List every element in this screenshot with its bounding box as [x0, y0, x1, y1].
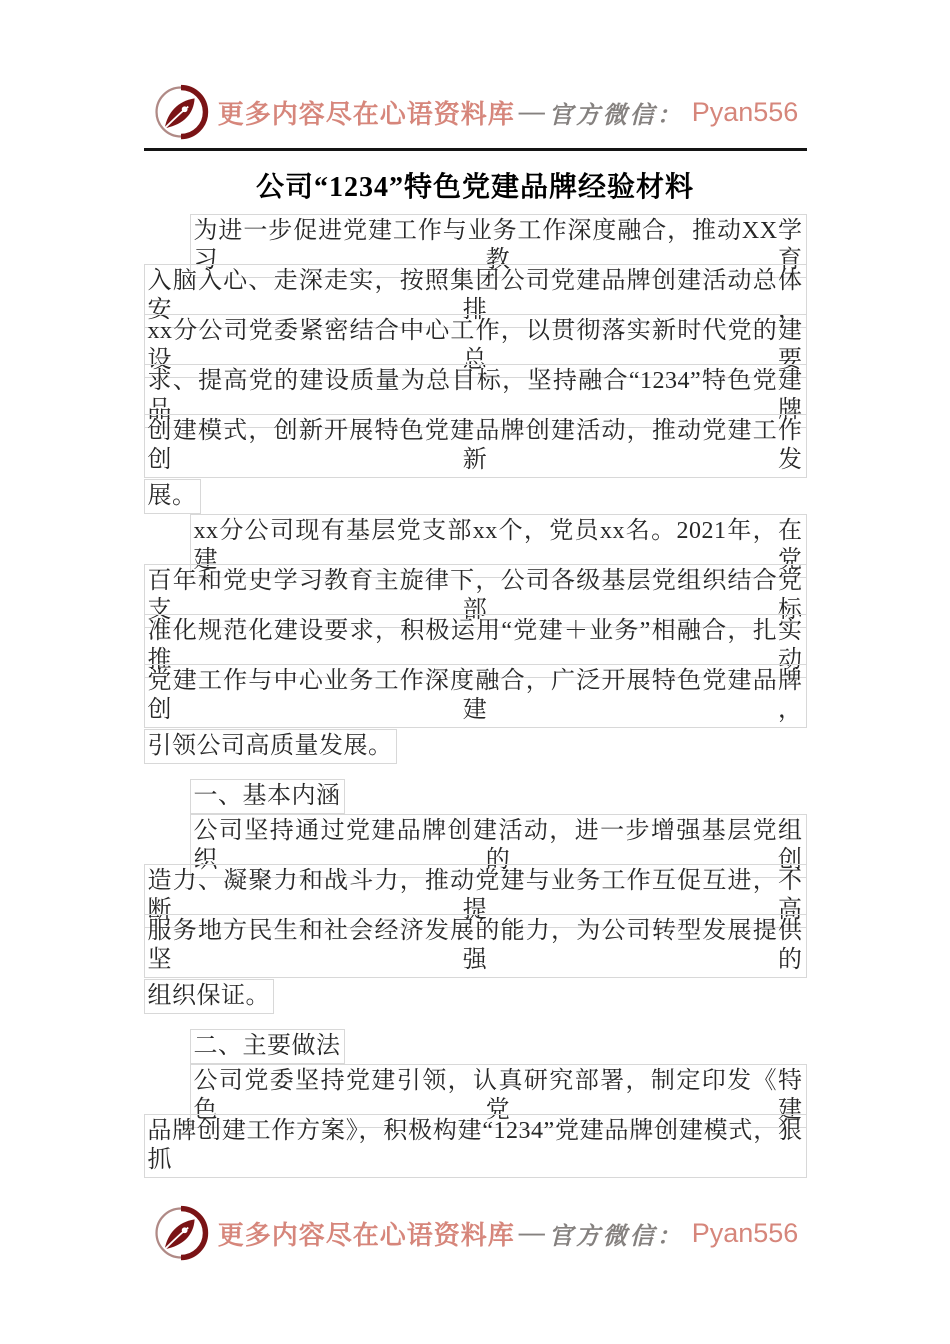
body-line-text: 党建工作与中心业务工作深度融合，广泛开展特色党建品牌创建，	[144, 664, 807, 728]
body-line-text: 品牌创建工作方案》，积极构建“1234”党建品牌创建模式，狠抓	[144, 1114, 807, 1178]
body-line-text: 组织保证。	[144, 979, 275, 1014]
brand-text: 更多内容尽在心语资料库	[218, 1215, 515, 1252]
body-line: 品牌创建工作方案》，积极构建“1234”党建品牌创建模式，狠抓	[144, 1121, 807, 1171]
body-heading-text: 二、主要做法	[190, 1029, 345, 1064]
brand-text: 更多内容尽在心语资料库	[218, 94, 515, 131]
pen-seal-logo-icon	[152, 83, 210, 141]
body-line-text: 服务地方民生和社会经济发展的能力，为公司转型发展提供坚强的	[144, 914, 807, 978]
brand-dash: —	[519, 97, 545, 127]
wechat-label: 官方微信：	[549, 95, 684, 130]
document-page: 更多内容尽在心语资料库 — 官方微信： Pyan556 公司“1234”特色党建…	[0, 0, 950, 1344]
body-heading-text: 一、基本内涵	[190, 779, 345, 814]
pen-seal-logo-icon	[152, 1204, 210, 1262]
body-line: 组织保证。	[144, 971, 807, 1021]
wechat-id: Pyan556	[692, 1218, 799, 1249]
body-line: 创建模式，创新开展特色党建品牌创建活动，推动党建工作创新发	[144, 421, 807, 471]
page-footer: 更多内容尽在心语资料库 — 官方微信： Pyan556	[144, 1203, 807, 1263]
document-title: 公司“1234”特色党建品牌经验材料	[144, 167, 807, 209]
wechat-id: Pyan556	[692, 97, 799, 128]
body-line-text: 创建模式，创新开展特色党建品牌创建活动，推动党建工作创新发	[144, 414, 807, 478]
header-brand: 更多内容尽在心语资料库 — 官方微信： Pyan556	[144, 82, 807, 142]
brand-dash: —	[519, 1218, 545, 1248]
header-rule	[144, 148, 807, 151]
document-body: 为进一步促进党建工作与业务工作深度融合，推动XX学习教育 入脑入心、走深走实，按…	[144, 221, 807, 1171]
wechat-label: 官方微信：	[549, 1216, 684, 1251]
body-line-text: 引领公司高质量发展。	[144, 729, 397, 764]
footer-brand: 更多内容尽在心语资料库 — 官方微信： Pyan556	[144, 1203, 807, 1263]
body-line-text: 展。	[144, 479, 201, 514]
page-header: 更多内容尽在心语资料库 — 官方微信： Pyan556	[144, 0, 807, 151]
body-line: 服务地方民生和社会经济发展的能力，为公司转型发展提供坚强的	[144, 921, 807, 971]
body-line: 党建工作与中心业务工作深度融合，广泛开展特色党建品牌创建，	[144, 671, 807, 721]
body-line: 引领公司高质量发展。	[144, 721, 807, 771]
